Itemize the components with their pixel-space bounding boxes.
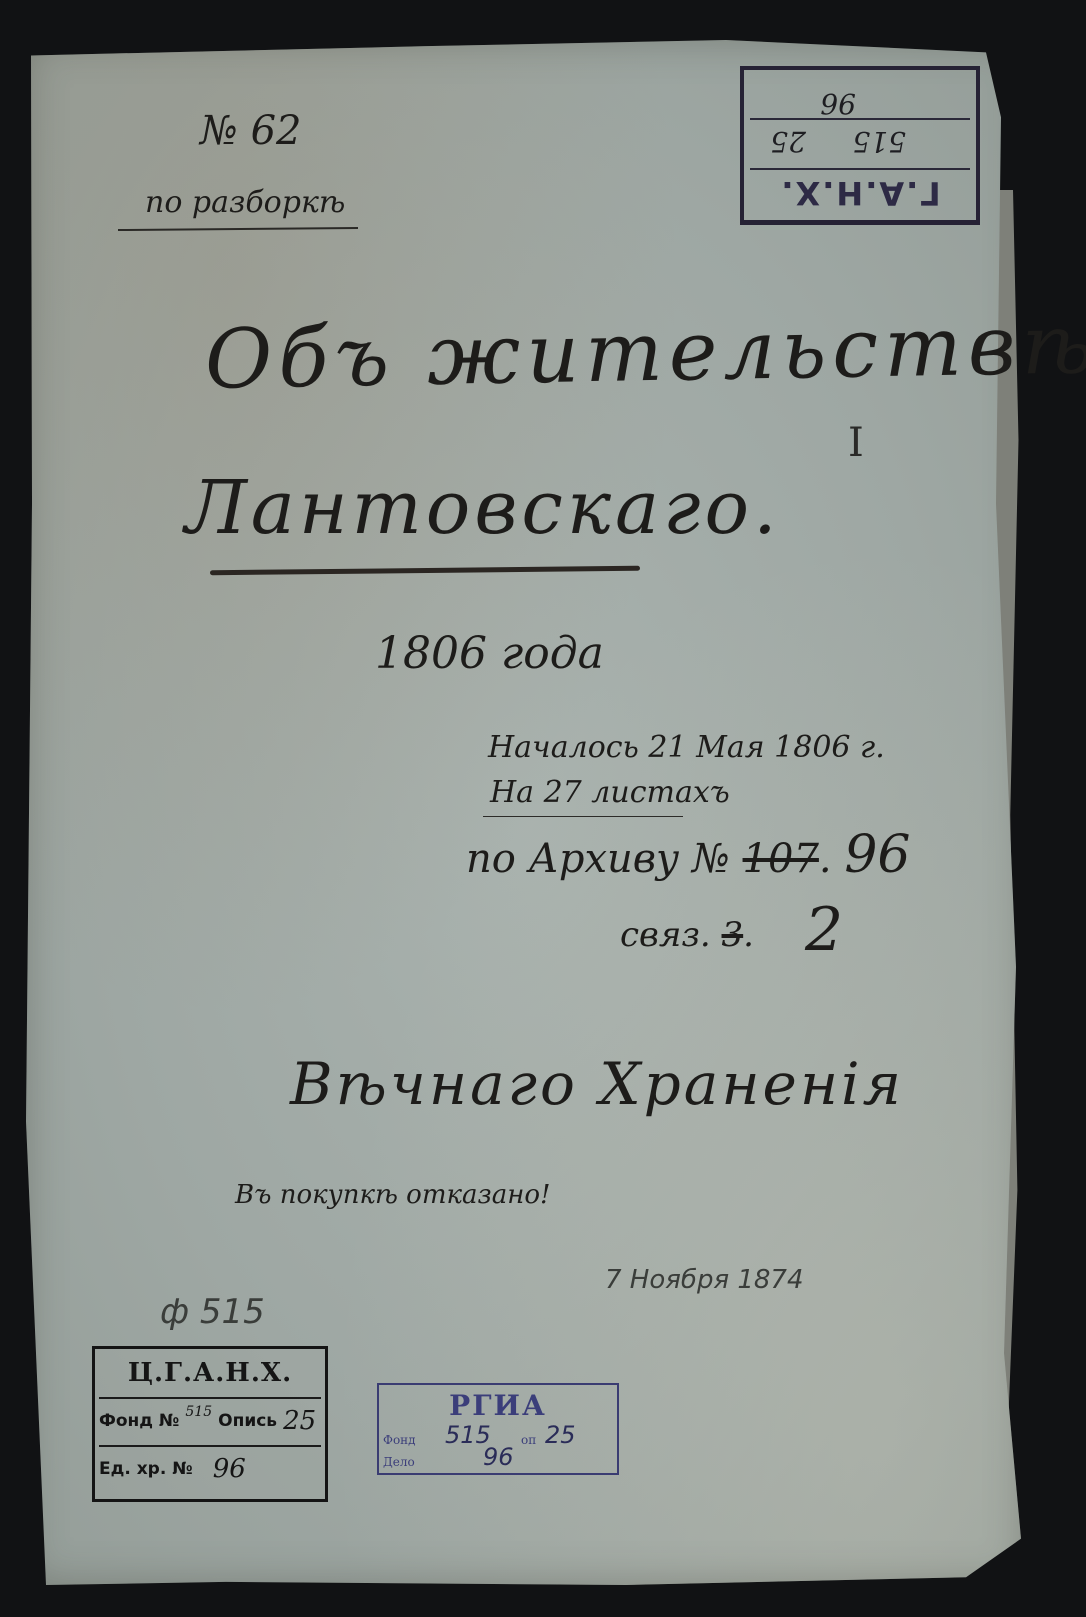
stamp-cganx-fond-label: Фонд №	[99, 1411, 179, 1431]
stamp-cganx-fond-row: Фонд № 515 Опись 25	[99, 1397, 321, 1447]
purchase-refused-note: Въ покупкѣ отказано!	[235, 1180, 550, 1210]
bundle-number: 2	[805, 895, 843, 965]
stamp-cganx-item-row: Ед. хр. № 96	[99, 1445, 321, 1493]
archive-number-line: по Архиву № 107. 96	[466, 825, 911, 885]
start-date: Началось 21 Мая 1806 г.	[488, 730, 885, 765]
stamp-ganx-fond: 515	[853, 125, 906, 158]
case-title-line2: Лантовскаго.	[185, 465, 781, 551]
sorting-note: по разборкѣ	[145, 185, 345, 220]
stamp-divider	[750, 168, 970, 170]
note-date: 7 Ноября 1874	[605, 1265, 804, 1295]
archive-number: 96	[844, 825, 910, 885]
stamp-ganx-item: 96	[820, 87, 856, 120]
stamp-ganx-opis: 25	[770, 125, 806, 158]
stamp-ganx-abbr: Г.А.Н.Х.	[744, 174, 976, 212]
archive-label: по Архиву №	[466, 836, 730, 882]
stamp-rgia-opis-value: 25	[545, 1421, 576, 1449]
stamp-rgia: РГИА Фонд 515 оп 25 Дело 96	[377, 1383, 619, 1475]
stamp-cganx-item-label: Ед. хр. №	[99, 1459, 193, 1479]
stamp-rgia-delo-value: 96	[483, 1443, 514, 1471]
case-number: № 62	[200, 108, 301, 154]
stamp-rgia-title: РГИА	[379, 1389, 617, 1422]
stamp-cganx-item-value: 96	[213, 1454, 246, 1484]
sheet-count-underline	[483, 816, 683, 817]
stamp-cganx-opis-label: Опись	[218, 1411, 277, 1431]
stamp-divider	[750, 118, 970, 120]
stamp-cganx-opis-value: 25	[283, 1406, 316, 1436]
stamp-ganx-upside-down: Г.А.Н.Х. 515 25 96	[740, 66, 980, 225]
stamp-rgia-fond-label: Фонд	[383, 1433, 416, 1447]
fond-pencil-note: ф 515	[160, 1292, 265, 1332]
bundle-old-number: 3	[722, 915, 744, 955]
stamp-cganx-title: Ц.Г.А.Н.Х.	[99, 1349, 321, 1399]
case-year: 1806 года	[375, 628, 604, 679]
retention-note: Вѣчнаго Храненія	[290, 1050, 904, 1118]
stamp-rgia-opis-label: оп	[521, 1433, 536, 1447]
sheet-count: На 27 листахъ	[490, 775, 730, 810]
case-title-line1: Объ жительствѣ	[204, 297, 1086, 408]
bundle-label: связ.	[620, 915, 711, 955]
bundle-line: связ. 3.	[620, 915, 754, 955]
stamp-cganx: Ц.Г.А.Н.Х. Фонд № 515 Опись 25 Ед. хр. №…	[92, 1346, 328, 1502]
archive-old-number: 107	[743, 836, 819, 882]
stamp-rgia-delo-label: Дело	[383, 1455, 415, 1469]
stamp-cganx-fond-value: 515	[185, 1404, 212, 1420]
margin-roman-numeral: I	[848, 420, 864, 466]
